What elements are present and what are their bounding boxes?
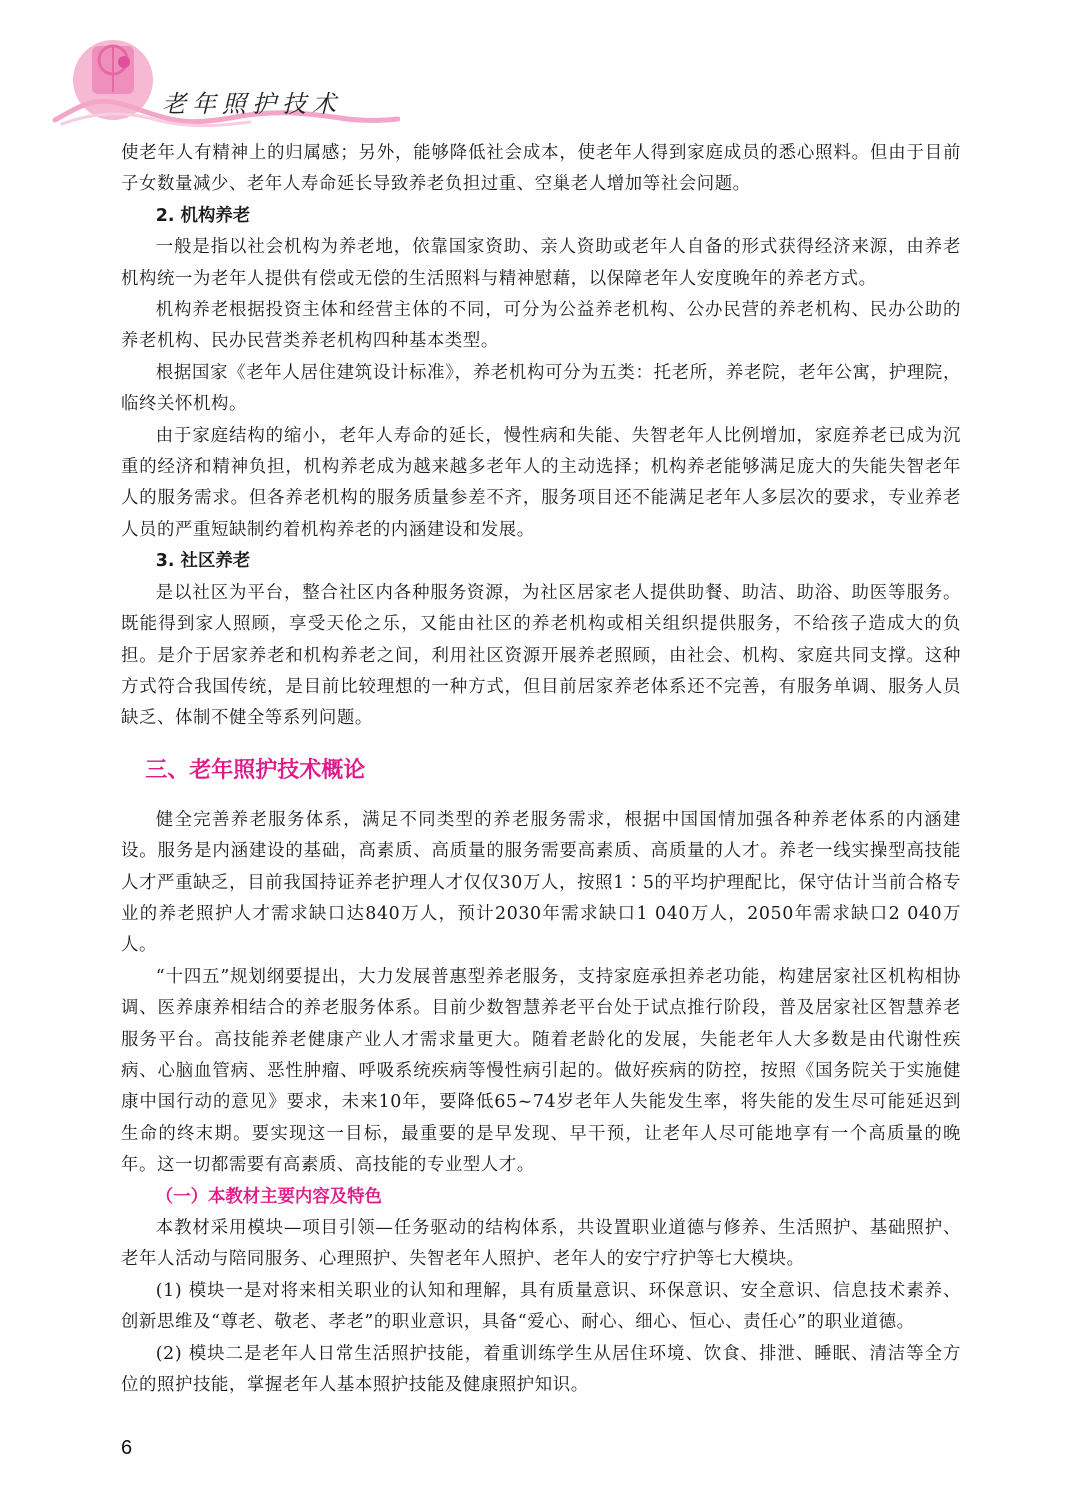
body-paragraph: 机构养老根据投资主体和经营主体的不同，可分为公益养老机构、公办民营的养老机构、民…: [121, 295, 961, 358]
body-paragraph: 本教材采用模块—项目引领—任务驱动的结构体系，共设置职业道德与修养、生活照护、基…: [121, 1213, 961, 1276]
body-paragraph: 根据国家《老年人居住建筑设计标准》，养老机构可分为五类：托老所，养老院，老年公寓…: [121, 358, 961, 421]
page-header: 老年照护技术: [0, 0, 1083, 135]
subsection-heading: （一）本教材主要内容及特色: [121, 1182, 961, 1213]
body-paragraph: 健全完善养老服务体系，满足不同类型的养老服务需求，根据中国国情加强各种养老体系的…: [121, 805, 961, 962]
body-paragraph: “十四五”规划纲要提出，大力发展普惠型养老服务，支持家庭承担养老功能，构建居家社…: [121, 962, 961, 1182]
running-title: 老年照护技术: [162, 84, 342, 119]
body-paragraph: 是以社区为平台，整合社区内各种服务资源，为社区居家老人提供助餐、助洁、助浴、助医…: [121, 578, 961, 735]
page-number: 6: [121, 1437, 132, 1460]
body-paragraph: 由于家庭结构的缩小，老年人寿命的延长，慢性病和失能、失智老年人比例增加，家庭养老…: [121, 421, 961, 547]
body-paragraph: 一般是指以社会机构为养老地，依靠国家资助、亲人资助或老年人自备的形式获得经济来源…: [121, 232, 961, 295]
numbered-subheading: 2. 机构养老: [121, 201, 961, 232]
section-heading: 三、老年照护技术概论: [121, 753, 961, 787]
numbered-subheading: 3. 社区养老: [121, 546, 961, 577]
body-paragraph: (2) 模块二是老年人日常生活照护技能，着重训练学生从居住环境、饮食、排泄、睡眠…: [121, 1339, 961, 1402]
body-paragraph: (1) 模块一是对将来相关职业的认知和理解，具有质量意识、环保意识、安全意识、信…: [121, 1276, 961, 1339]
body-paragraph: 使老年人有精神上的归属感；另外，能够降低社会成本，使老年人得到家庭成员的悉心照料…: [121, 138, 961, 201]
page-body: 使老年人有精神上的归属感；另外，能够降低社会成本，使老年人得到家庭成员的悉心照料…: [121, 138, 961, 1401]
